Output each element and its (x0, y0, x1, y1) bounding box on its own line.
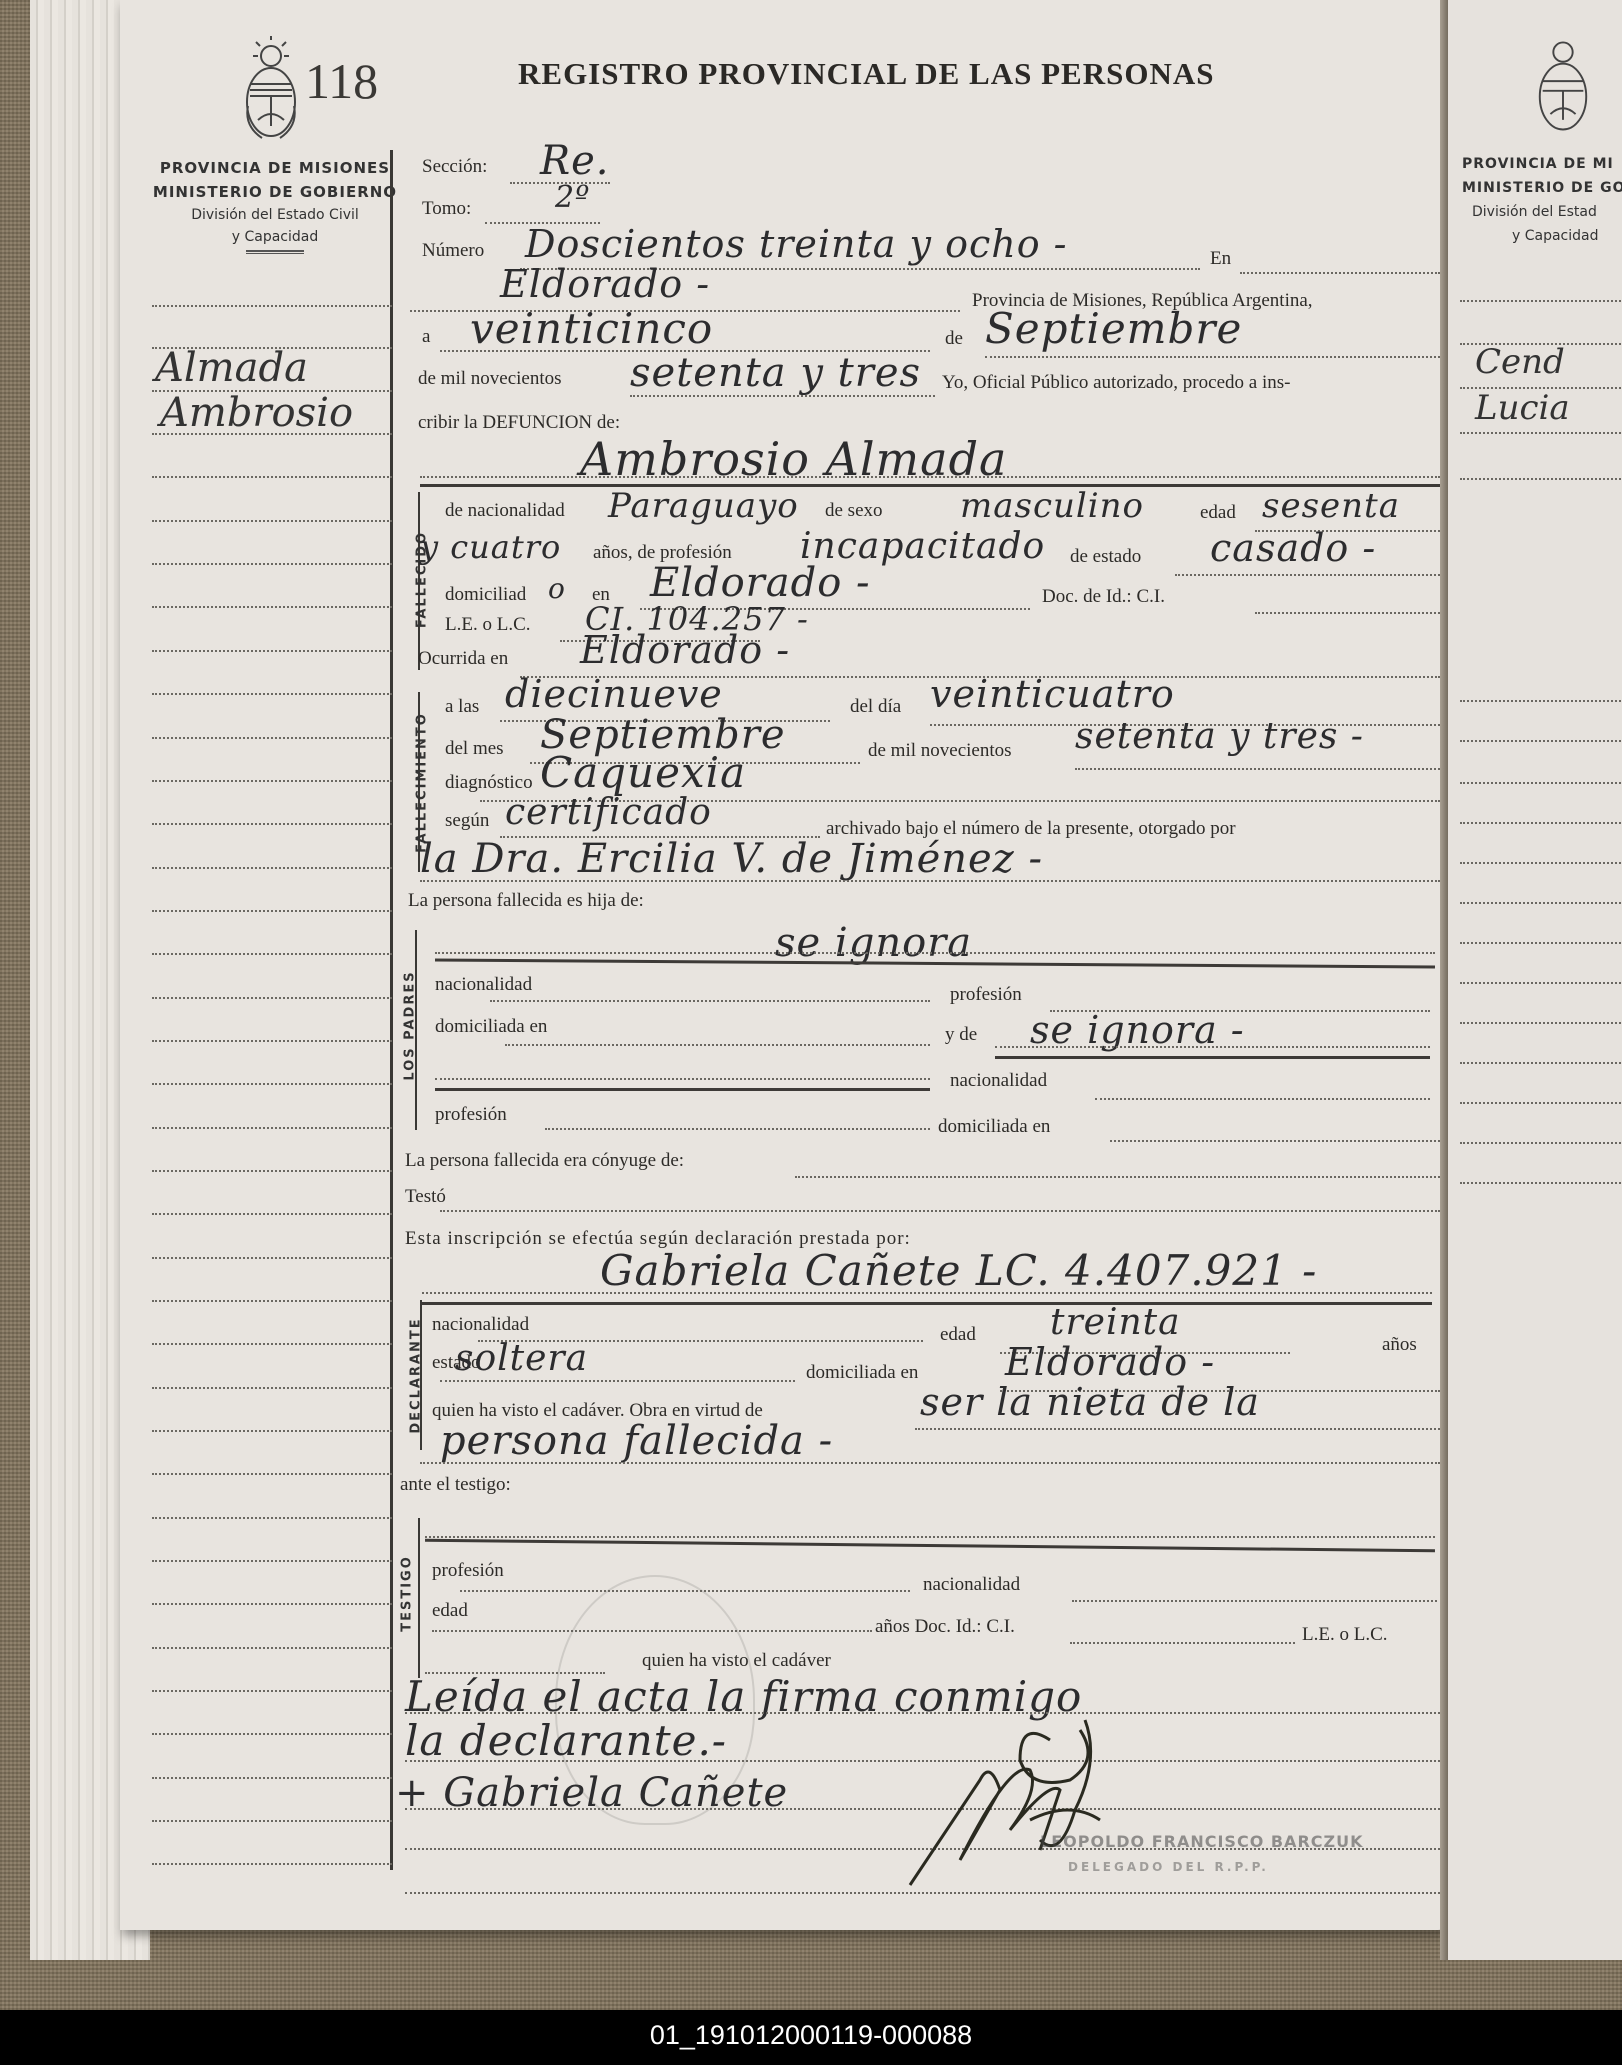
de-label: de (945, 328, 963, 350)
province-line: PROVINCIA DE MISIONES (150, 156, 400, 180)
padres-extra-underline (435, 1088, 930, 1091)
declarante-estado-value: soltera (455, 1338, 588, 1379)
margin-line (152, 520, 392, 522)
numero-label: Número (422, 240, 484, 262)
margin-line (152, 1863, 392, 1865)
declarante-virtud-line (915, 1428, 1440, 1430)
margin-line (152, 780, 392, 782)
padres-profesion2-label: profesión (435, 1104, 507, 1126)
right-margin-line (1460, 300, 1622, 302)
right-margin-line (1460, 700, 1622, 702)
declarante-edad-value: treinta (1050, 1302, 1181, 1343)
declarante-nombre-line (422, 1292, 1432, 1294)
register-title: REGISTRO PROVINCIAL DE LAS PERSONAS (518, 56, 1214, 92)
nacionalidad-label: de nacionalidad (445, 500, 565, 522)
declarante-virtud-value-1: ser la nieta de la (920, 1380, 1260, 1424)
testigo-anios-doc-label: años Doc. Id.: C.I. (875, 1616, 1015, 1638)
conyuge-field-line (795, 1176, 1440, 1178)
dia-fallecimiento-value: veinticuatro (930, 672, 1175, 716)
right-ministry-line: MINISTERIO DE GO (1462, 176, 1622, 200)
anio-fallecimiento-field-line (1075, 768, 1440, 770)
closing-line-5-rule (405, 1892, 1440, 1894)
margin-line (152, 650, 392, 652)
margin-divider (390, 150, 393, 1870)
right-province-line: PROVINCIA DE MI (1462, 152, 1622, 176)
margin-line (152, 1083, 392, 1085)
otorgado-value: la Dra. Ercilia V. de Jiménez - (420, 836, 1043, 882)
testigo-doc-line (1070, 1642, 1295, 1644)
y-de-label: y de (945, 1024, 977, 1046)
argentina-coat-of-arms-icon (240, 36, 302, 144)
madre-domicilio-line (1110, 1140, 1440, 1142)
sexo-value: masculino (960, 486, 1144, 526)
right-margin-line (1460, 822, 1622, 824)
estado-value: casado - (1210, 526, 1376, 570)
tomo-value: 2º (555, 180, 590, 215)
padres-profesion2-line (545, 1128, 930, 1130)
margin-line (152, 1300, 392, 1302)
declarante-section-label: DECLARANTE (409, 1306, 424, 1446)
official-stamp-title: DELEGADO DEL R.P.P. (1068, 1860, 1269, 1874)
right-division-line: División del Estad (1462, 200, 1622, 224)
margin-line (152, 1040, 392, 1042)
margin-line (152, 1560, 392, 1562)
testigo-nacionalidad-label: nacionalidad (923, 1574, 1020, 1596)
declarante-domiciliada-label: domiciliada en (806, 1362, 918, 1384)
a-las-label: a las (445, 696, 479, 718)
sexo-label: de sexo (825, 500, 883, 522)
doc-field-line (1255, 612, 1440, 614)
right-margin-note-1: Cend (1475, 342, 1565, 382)
nacionalidad-value: Paraguayo (608, 486, 799, 526)
testigo-section-bar (418, 1518, 420, 1678)
estado-label: de estado (1070, 546, 1141, 568)
madre-domiciliada-label: domiciliada en (938, 1116, 1050, 1138)
padres-intro: La persona fallecida es hija de: (408, 890, 644, 912)
segun-value: certificado (505, 792, 712, 833)
madre-underline (995, 1056, 1430, 1059)
edad-value-2: y cuatro (420, 528, 561, 566)
mes-field-line (985, 356, 1440, 358)
margin-line (152, 1690, 392, 1692)
argentina-coat-of-arms-icon (1533, 30, 1593, 140)
padres-extra-line (435, 1078, 930, 1080)
padre-nacionalidad-label: nacionalidad (435, 974, 532, 996)
oficial-text: Yo, Oficial Público autorizado, procedo … (942, 372, 1290, 394)
ministry-line: MINISTERIO DE GOBIERNO (150, 180, 400, 204)
scanned-book-scene: 118 REGISTRO PROVINCIAL DE LAS PERSONAS … (0, 0, 1622, 2010)
margin-line (152, 1733, 392, 1735)
margin-line (152, 1430, 392, 1432)
margin-line (152, 823, 392, 825)
capacidad-line: y Capacidad (150, 226, 400, 248)
padre-domiciliada-label: domiciliada en (435, 1016, 547, 1038)
del-dia-label: del día (850, 696, 901, 718)
margin-line (152, 606, 392, 608)
padre-profesion-label: profesión (950, 984, 1022, 1006)
testigo-intro: ante el testigo: (400, 1474, 511, 1496)
margin-line (152, 1387, 392, 1389)
division-line: División del Estado Civil (150, 204, 400, 226)
register-page-right (1448, 0, 1622, 1960)
edad-value-1: sesenta (1262, 486, 1400, 526)
right-margin-line (1460, 1062, 1622, 1064)
official-stamp-name: LEOPOLDO FRANCISCO BARCZUK (1040, 1832, 1364, 1851)
margin-line (152, 476, 392, 478)
declarante-estado-line (440, 1380, 795, 1382)
right-margin-line (1460, 1142, 1622, 1144)
lugar-value: Eldorado - (500, 262, 710, 306)
margin-line (152, 1127, 392, 1129)
ocurrida-value: Eldorado - (580, 628, 790, 672)
ocurrida-label: Ocurrida en (418, 648, 508, 670)
padre-field-line (435, 952, 1435, 954)
anio-value: setenta y tres (630, 350, 921, 396)
dia-value: veinticinco (470, 304, 713, 353)
madre-field-line (995, 1046, 1430, 1048)
right-margin-line (1460, 1102, 1622, 1104)
right-margin-line (1460, 862, 1622, 864)
ministry-rule (246, 250, 304, 254)
madre-nacionalidad-label: nacionalidad (950, 1070, 1047, 1092)
en-field-line (1240, 272, 1440, 274)
image-caption: 01_191012000119-000088 (0, 2020, 1622, 2051)
edad-label: edad (1200, 502, 1236, 524)
margin-line (152, 1170, 392, 1172)
hora-value: diecinueve (505, 672, 723, 716)
margin-line (152, 1603, 392, 1605)
testigo-section-label: TESTIGO (400, 1539, 415, 1649)
mes-value: Septiembre (985, 304, 1242, 353)
margin-line (152, 737, 392, 739)
margin-line (152, 563, 392, 565)
domicilio-label: domiciliad (445, 584, 526, 606)
diagnostico-label: diagnóstico (445, 772, 533, 794)
testigo-profesion-label: profesión (432, 1560, 504, 1582)
declarante-virtud-value-2: persona fallecida - (440, 1418, 833, 1464)
right-margin-note-2: Lucia (1475, 388, 1570, 428)
folio-number: 118 (305, 52, 378, 110)
otorgado-field-line (420, 880, 1440, 882)
anio-label: de mil novecientos (418, 368, 562, 390)
padres-section-label: LOS PADRES (403, 966, 418, 1086)
seccion-value: Re. (540, 138, 610, 184)
right-margin-line (1460, 942, 1622, 944)
segun-label: según (445, 810, 489, 832)
diagnostico-value: Caquexia (540, 748, 746, 797)
margin-line (152, 867, 392, 869)
right-margin-line (1460, 1182, 1622, 1184)
domicilio-suffix: o (548, 572, 566, 605)
margin-line (152, 910, 392, 912)
numero-value: Doscientos treinta y ocho - (525, 222, 1068, 266)
declarante-domicilio-value: Eldorado - (1005, 1340, 1215, 1384)
margin-line (152, 305, 392, 307)
declarante-nombre: Gabriela Cañete LC. 4.407.921 - (600, 1246, 1317, 1295)
right-margin-line (1460, 478, 1622, 480)
right-margin-line (1460, 1022, 1622, 1024)
right-margin-line (1460, 902, 1622, 904)
margin-line (152, 1820, 392, 1822)
declarante-anios-label: años (1382, 1334, 1417, 1356)
anio-fallecimiento-label: de mil novecientos (868, 740, 1012, 762)
testigo-edad-label: edad (432, 1600, 468, 1622)
right-margin-line (1460, 740, 1622, 742)
margin-line (152, 1257, 392, 1259)
declarante-nacionalidad-label: nacionalidad (432, 1314, 529, 1336)
right-margin-line (1460, 432, 1622, 434)
margin-line (152, 1213, 392, 1215)
madre-nacionalidad-line (1095, 1098, 1430, 1100)
testigo-nombre-line (425, 1536, 1435, 1538)
testo-label: Testó (405, 1186, 446, 1208)
testigo-le-lc-label: L.E. o L.C. (1302, 1624, 1388, 1646)
seccion-label: Sección: (422, 156, 487, 178)
right-margin-line (1460, 982, 1622, 984)
margin-line (152, 1473, 392, 1475)
caption-bar: 01_191012000119-000088 (0, 2010, 1622, 2065)
le-lc-label: L.E. o L.C. (445, 614, 531, 636)
ministry-header: PROVINCIA DE MISIONES MINISTERIO DE GOBI… (150, 156, 400, 254)
declarante-nombre-underline (422, 1302, 1432, 1305)
declarante-edad-label: edad (940, 1324, 976, 1346)
anio-fallecimiento-value: setenta y tres - (1075, 716, 1364, 757)
margin-note-given-name: Ambrosio (160, 390, 353, 436)
margin-line (152, 1517, 392, 1519)
margin-line (152, 1343, 392, 1345)
estado-field-line (1175, 574, 1440, 576)
padre-domicilio-line (505, 1044, 930, 1046)
padre-nacionalidad-line (490, 1000, 930, 1002)
margin-line (152, 997, 392, 999)
right-margin-line (1460, 782, 1622, 784)
margin-line (152, 1647, 392, 1649)
inscribir-text: cribir la DEFUNCION de: (418, 412, 620, 434)
doc-label: Doc. de Id.: C.I. (1042, 586, 1165, 608)
conyuge-label: La persona fallecida era cónyuge de: (405, 1150, 684, 1172)
en-label: En (1210, 248, 1231, 270)
margin-line (152, 953, 392, 955)
round-seal-stamp (555, 1575, 755, 1825)
a-label: a (422, 326, 430, 348)
declarante-virtud-line-2 (420, 1462, 1440, 1464)
tomo-label: Tomo: (422, 198, 471, 220)
testo-field-line (440, 1210, 1440, 1212)
margin-line (152, 693, 392, 695)
margin-note-surname: Almada (155, 345, 308, 391)
padre-value: se ignora (775, 920, 972, 966)
right-page-ministry-header: PROVINCIA DE MI MINISTERIO DE GO Divisió… (1462, 152, 1622, 248)
nombre-field-line (420, 476, 1440, 478)
del-mes-label: del mes (445, 738, 504, 760)
testigo-nacionalidad-line (1072, 1600, 1437, 1602)
right-capacidad-line: y Capacidad (1462, 224, 1622, 248)
margin-line (152, 1777, 392, 1779)
